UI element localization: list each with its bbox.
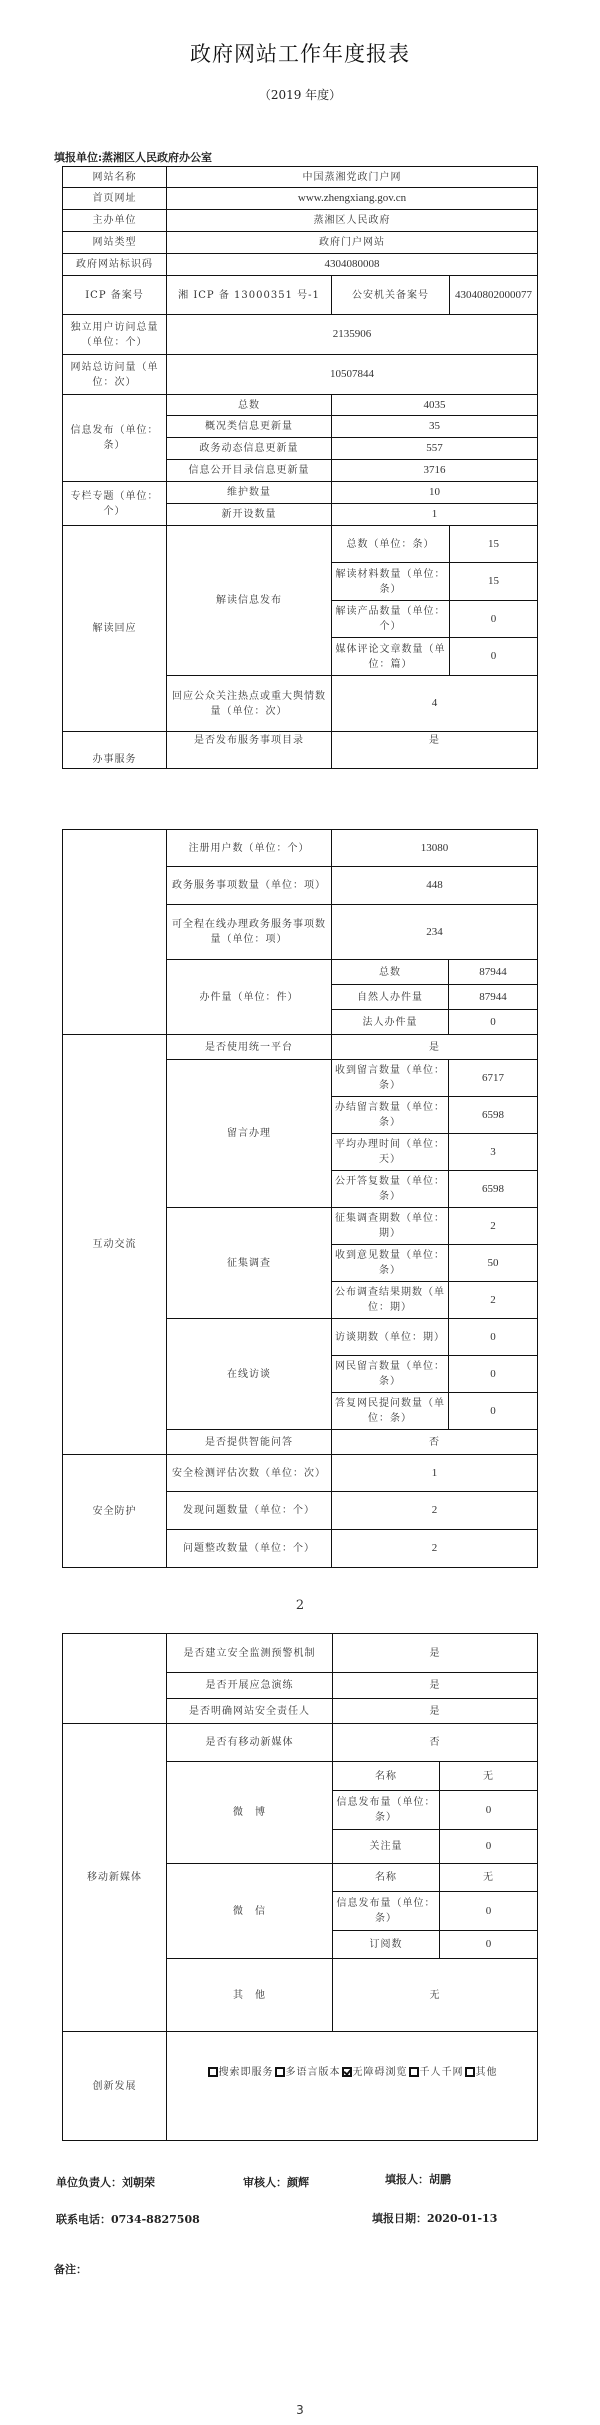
value-sponsor: 蒸湘区人民政府 (167, 210, 538, 232)
interview-row-value: 0 (449, 1393, 538, 1430)
label-other-media: 其 他 (167, 1959, 333, 2032)
reviewer: 审核人：颜辉 (243, 2174, 309, 2190)
option-label: 多语言版本 (286, 2067, 341, 2078)
wechat-row-value: 0 (440, 1892, 538, 1931)
label-weibo: 微 博 (167, 1762, 333, 1864)
msg-row-label: 办结留言数量（单位：条） (332, 1097, 449, 1134)
label-security: 安全防护 (63, 1455, 167, 1568)
interview-row-value: 0 (449, 1319, 538, 1356)
value-site-type: 政府门户网站 (167, 232, 538, 254)
info-row-value: 557 (332, 438, 538, 460)
value-has-media: 否 (333, 1724, 538, 1762)
weibo-row-value: 无 (440, 1762, 538, 1791)
column-row-label: 新开设数量 (167, 504, 332, 526)
fill-date: 填报日期：2020-01-13 (372, 2210, 497, 2226)
interp-row-value: 15 (450, 526, 538, 563)
weibo-row-label: 关注量 (333, 1830, 440, 1864)
case-row-value: 0 (449, 1010, 538, 1035)
column-row-value: 10 (332, 482, 538, 504)
interview-row-label: 答复网民提问数量（单位：条） (332, 1393, 449, 1430)
weibo-row-label: 名称 (333, 1762, 440, 1791)
msg-row-label: 公开答复数量（单位：条） (332, 1171, 449, 1208)
label-media: 移动新媒体 (63, 1724, 167, 2032)
label-innovation: 创新发展 (63, 2032, 167, 2141)
checkbox-search-service[interactable] (208, 2067, 218, 2077)
label-services: 办事服务 (63, 732, 167, 769)
value-home-url: www.zhengxiang.gov.cn (167, 188, 538, 210)
interp-row-value: 0 (450, 638, 538, 676)
label-interpretation: 解读回应 (63, 526, 167, 732)
value-online-items: 234 (332, 905, 538, 960)
msg-row-label: 平均办理时间（单位：天） (332, 1134, 449, 1171)
column-row-value: 1 (332, 504, 538, 526)
wechat-row-label: 信息发布量（单位：条） (333, 1892, 440, 1931)
report-table-page1: 网站名称中国蒸湘党政门户网 首页网址www.zhengxiang.gov.cn … (62, 166, 538, 769)
security-row-value: 1 (332, 1455, 538, 1492)
label-unified-platform: 是否使用统一平台 (167, 1035, 332, 1060)
interp-row-label: 解读产品数量（单位：个） (332, 601, 450, 638)
label-sponsor: 主办单位 (63, 210, 167, 232)
interp-hotspot-value: 4 (332, 676, 538, 732)
value-site-name: 中国蒸湘党政门户网 (167, 167, 538, 188)
unit-leader: 单位负责人：刘朝荣 (56, 2174, 155, 2190)
option-label: 其他 (476, 2067, 498, 2078)
label-survey: 征集调查 (167, 1208, 332, 1319)
security-row-label: 是否建立安全监测预警机制 (167, 1634, 333, 1673)
label-service-items: 政务服务事项数量（单位：项） (167, 867, 332, 905)
wechat-row-label: 名称 (333, 1864, 440, 1892)
value-service-items: 448 (332, 867, 538, 905)
interview-row-label: 网民留言数量（单位：条） (332, 1356, 449, 1393)
checkbox-other[interactable] (465, 2067, 475, 2077)
survey-row-label: 收到意见数量（单位：条） (332, 1245, 449, 1282)
security-row-label: 问题整改数量（单位：个） (167, 1530, 332, 1568)
label-cases: 办件量（单位：件） (167, 960, 332, 1035)
report-table-page2: 注册用户数（单位：个）13080 政务服务事项数量（单位：项）448 可全程在线… (62, 829, 538, 1568)
page-title: 政府网站工作年度报表 (0, 38, 600, 68)
interview-row-value: 0 (449, 1356, 538, 1393)
interview-row-label: 访谈期数（单位：期） (332, 1319, 449, 1356)
survey-row-value: 50 (449, 1245, 538, 1282)
checkbox-personalized[interactable] (409, 2067, 419, 2077)
label-smart-qa: 是否提供智能问答 (167, 1430, 332, 1455)
option-label: 无障碍浏览 (353, 2067, 408, 2078)
value-icp: 湘 ICP 备 13000351 号-1 (167, 276, 332, 315)
survey-row-value: 2 (449, 1208, 538, 1245)
msg-row-label: 收到留言数量（单位：条） (332, 1060, 449, 1097)
interp-row-value: 15 (450, 563, 538, 601)
label-icp: ICP 备案号 (63, 276, 167, 315)
label-home-url: 首页网址 (63, 188, 167, 210)
security-row-label: 是否明确网站安全责任人 (167, 1699, 333, 1724)
case-row-label: 自然人办件量 (332, 985, 449, 1010)
interp-row-label: 媒体评论文章数量（单位：篇） (332, 638, 450, 676)
info-row-label: 政务动态信息更新量 (167, 438, 332, 460)
filler: 填报人：胡鹏 (385, 2171, 451, 2187)
label-site-code: 政府网站标识码 (63, 254, 167, 276)
option-label: 搜索即服务 (219, 2067, 274, 2078)
weibo-row-label: 信息发布量（单位：条） (333, 1791, 440, 1830)
value-uv: 2135906 (167, 315, 538, 355)
label-service-catalog: 是否发布服务事项目录 (167, 732, 332, 769)
label-interview: 在线访谈 (167, 1319, 332, 1430)
label-messages: 留言办理 (167, 1060, 332, 1208)
security-row-value: 是 (333, 1673, 538, 1699)
security-row-value: 2 (332, 1530, 538, 1568)
remarks-label: 备注： (54, 2261, 87, 2277)
label-wechat: 微 信 (167, 1864, 333, 1959)
security-row-label: 安全检测评估次数（单位：次） (167, 1455, 332, 1492)
survey-row-label: 公布调查结果期数（单位：期） (332, 1282, 449, 1319)
checkbox-accessibility[interactable] (342, 2067, 352, 2077)
security-row-label: 是否开展应急演练 (167, 1673, 333, 1699)
report-table-page3: 是否建立安全监测预警机制是 是否开展应急演练是 是否明确网站安全责任人是 移动新… (62, 1633, 538, 2141)
page-number: 2 (0, 1598, 600, 1613)
value-other-media: 无 (333, 1959, 538, 2032)
case-row-value: 87944 (449, 960, 538, 985)
value-police: 43040802000077 (450, 276, 538, 315)
interp-row-label: 解读材料数量（单位：条） (332, 563, 450, 601)
survey-row-value: 2 (449, 1282, 538, 1319)
security-row-value: 是 (333, 1634, 538, 1673)
info-row-label: 总数 (167, 395, 332, 416)
value-pv: 10507844 (167, 355, 538, 395)
security-continued (63, 1634, 167, 1724)
info-row-label: 概况类信息更新量 (167, 416, 332, 438)
case-row-label: 法人办件量 (332, 1010, 449, 1035)
info-row-value: 3716 (332, 460, 538, 482)
value-unified-platform: 是 (332, 1035, 538, 1060)
contact-phone: 联系电话：0734-8827508 (56, 2211, 200, 2227)
column-row-label: 维护数量 (167, 482, 332, 504)
msg-row-value: 6598 (449, 1171, 538, 1208)
services-continued (63, 830, 167, 1035)
msg-row-value: 6717 (449, 1060, 538, 1097)
value-site-code: 4304080008 (167, 254, 538, 276)
reporting-unit: 填报单位:蒸湘区人民政府办公室 (54, 149, 212, 165)
value-smart-qa: 否 (332, 1430, 538, 1455)
page-number: 3 (0, 2403, 600, 2417)
wechat-row-label: 订阅数 (333, 1931, 440, 1959)
label-has-media: 是否有移动新媒体 (167, 1724, 333, 1762)
interp-row-value: 0 (450, 601, 538, 638)
label-site-name: 网站名称 (63, 167, 167, 188)
innovation-options: 搜索即服务多语言版本无障碍浏览千人千网其他 (167, 2032, 538, 2141)
value-service-catalog: 是 (332, 732, 538, 769)
label-registered: 注册用户数（单位：个） (167, 830, 332, 867)
label-site-type: 网站类型 (63, 232, 167, 254)
msg-row-value: 6598 (449, 1097, 538, 1134)
label-interpretation-publish: 解读信息发布 (167, 526, 332, 676)
info-row-value: 4035 (332, 395, 538, 416)
label-police: 公安机关备案号 (332, 276, 450, 315)
case-row-label: 总数 (332, 960, 449, 985)
case-row-value: 87944 (449, 985, 538, 1010)
security-row-value: 是 (333, 1699, 538, 1724)
label-pv: 网站总访问量（单位：次） (63, 355, 167, 395)
wechat-row-value: 0 (440, 1931, 538, 1959)
security-row-value: 2 (332, 1492, 538, 1530)
msg-row-value: 3 (449, 1134, 538, 1171)
wechat-row-value: 无 (440, 1864, 538, 1892)
label-uv: 独立用户访问总量（单位：个） (63, 315, 167, 355)
weibo-row-value: 0 (440, 1791, 538, 1830)
checkbox-multilingual[interactable] (275, 2067, 285, 2077)
label-interaction: 互动交流 (63, 1035, 167, 1455)
weibo-row-value: 0 (440, 1830, 538, 1864)
label-online-items: 可全程在线办理政务服务事项数量（单位：项） (167, 905, 332, 960)
security-row-label: 发现问题数量（单位：个） (167, 1492, 332, 1530)
survey-row-label: 征集调查期数（单位：期） (332, 1208, 449, 1245)
label-info-publish: 信息发布（单位：条） (63, 395, 167, 482)
option-label: 千人千网 (420, 2067, 464, 2078)
report-year: （2019 年度） (0, 86, 600, 103)
label-columns: 专栏专题（单位：个） (63, 482, 167, 526)
info-row-label: 信息公开目录信息更新量 (167, 460, 332, 482)
info-row-value: 35 (332, 416, 538, 438)
interp-row-label: 总数（单位：条） (332, 526, 450, 563)
interp-hotspot-label: 回应公众关注热点或重大舆情数量（单位：次） (167, 676, 332, 732)
value-registered: 13080 (332, 830, 538, 867)
